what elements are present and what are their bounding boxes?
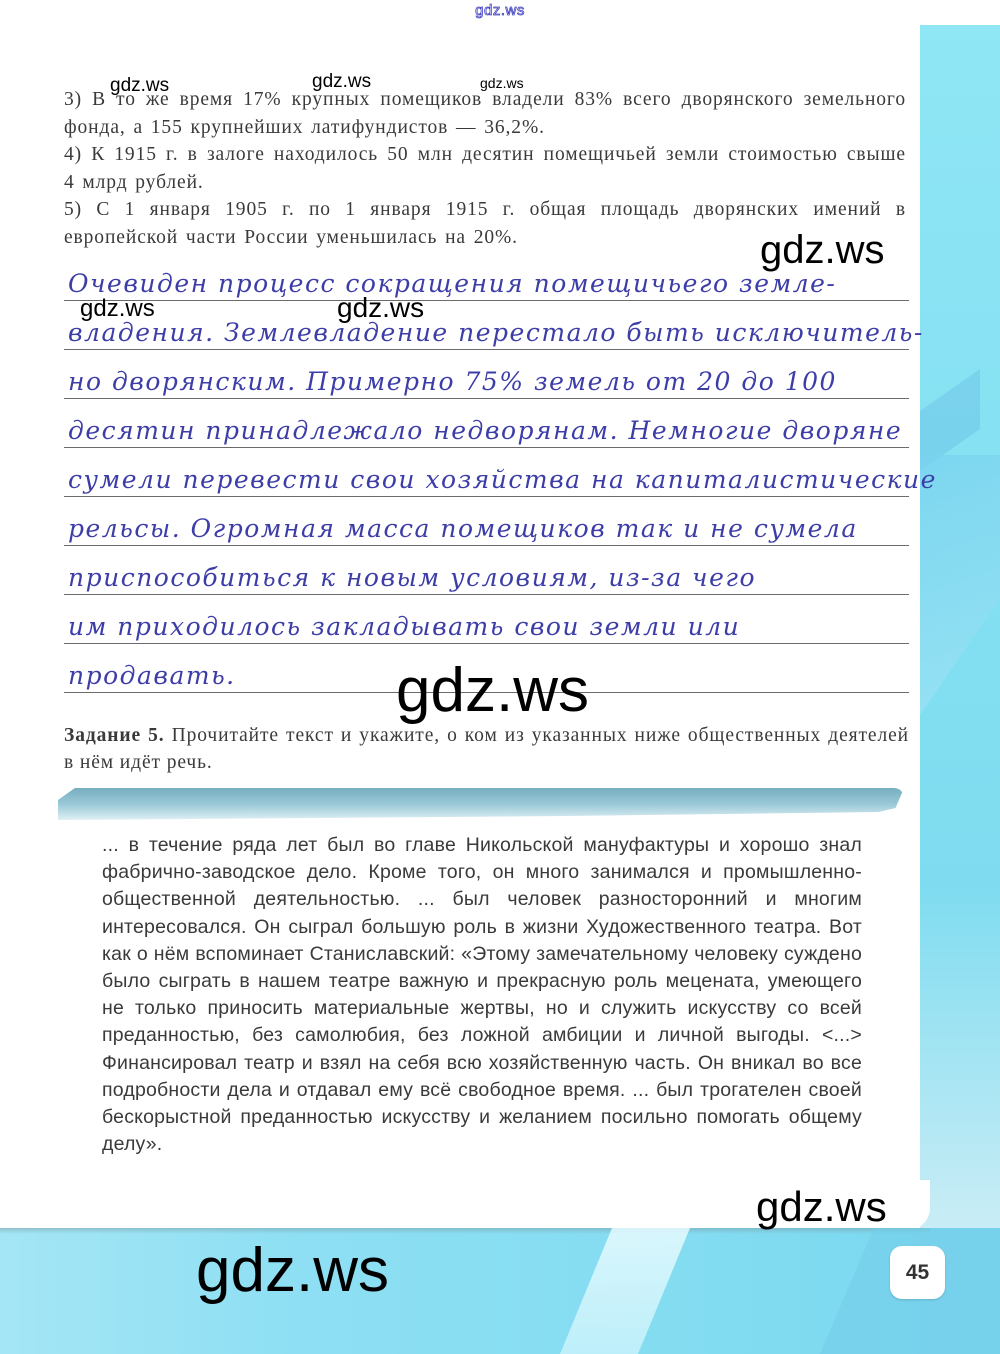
watermark: gdz.ws	[196, 1240, 389, 1302]
answer-line: им приходилось закладывать свои земли ил…	[64, 595, 909, 644]
decorative-shard	[920, 455, 1000, 715]
watermark: gdz.ws	[337, 294, 424, 322]
answer-line: рельсы. Огромная масса помещиков так и н…	[64, 497, 909, 546]
task-heading: Задание 5. Прочитайте текст и укажите, о…	[64, 722, 909, 776]
watermark: gdz.ws	[756, 1186, 887, 1228]
watermark: gdz.ws	[312, 72, 371, 91]
answer-line: но дворянским. Примерно 75% земель от 20…	[64, 350, 909, 399]
answer-line: владения. Землевладение перестало быть и…	[64, 301, 909, 350]
handwritten-answer: Очевиден процесс сокращения помещичьего …	[64, 252, 909, 693]
decorative-side-strip	[920, 25, 1000, 1255]
task-text: Прочитайте текст и укажите, о ком из ука…	[64, 725, 909, 773]
content-card-corner	[880, 1180, 930, 1230]
page-number-badge: 45	[890, 1246, 945, 1299]
watermark: gdz.ws	[760, 230, 885, 270]
watermark: gdz.ws	[80, 297, 155, 321]
answer-line-text: им приходилось закладывать свои земли ил…	[68, 612, 740, 641]
answer-line-text: но дворянским. Примерно 75% земель от 20…	[68, 367, 837, 396]
fact-item: 4) К 1915 г. в залоге находилось 50 млн …	[64, 141, 906, 196]
answer-line-text: приспособиться к новым условиям, из-за ч…	[68, 563, 756, 592]
fact-item: 3) В то же время 17% крупных помещиков в…	[64, 86, 906, 141]
facts-list: 3) В то же время 17% крупных помещиков в…	[64, 86, 906, 251]
decorative-flare	[560, 1228, 690, 1354]
answer-line: приспособиться к новым условиям, из-за ч…	[64, 546, 909, 595]
watermark: gdz.ws	[480, 76, 524, 90]
answer-line-text: продавать.	[68, 661, 236, 690]
quote-text: ... в течение ряда лет был во главе Нико…	[102, 832, 862, 1158]
answer-line-text: сумели перевести свои хозяйства на капит…	[68, 465, 937, 494]
decorative-brush-stroke	[58, 788, 904, 828]
watermark: gdz.ws	[110, 76, 169, 95]
answer-line-text: владения. Землевладение перестало быть и…	[68, 318, 924, 347]
answer-line: сумели перевести свои хозяйства на капит…	[64, 448, 909, 497]
answer-line-text: рельсы. Огромная масса помещиков так и н…	[68, 514, 858, 543]
watermark: gdz.ws	[396, 660, 589, 722]
site-mark: gdz.ws	[0, 2, 1000, 19]
decorative-footer-band	[0, 1228, 1000, 1354]
task-label: Задание 5.	[64, 725, 165, 746]
answer-line-text: десятин принадлежало недворянам. Немноги…	[68, 416, 902, 445]
answer-line: десятин принадлежало недворянам. Немноги…	[64, 399, 909, 448]
answer-line-text: Очевиден процесс сокращения помещичьего …	[68, 269, 836, 298]
